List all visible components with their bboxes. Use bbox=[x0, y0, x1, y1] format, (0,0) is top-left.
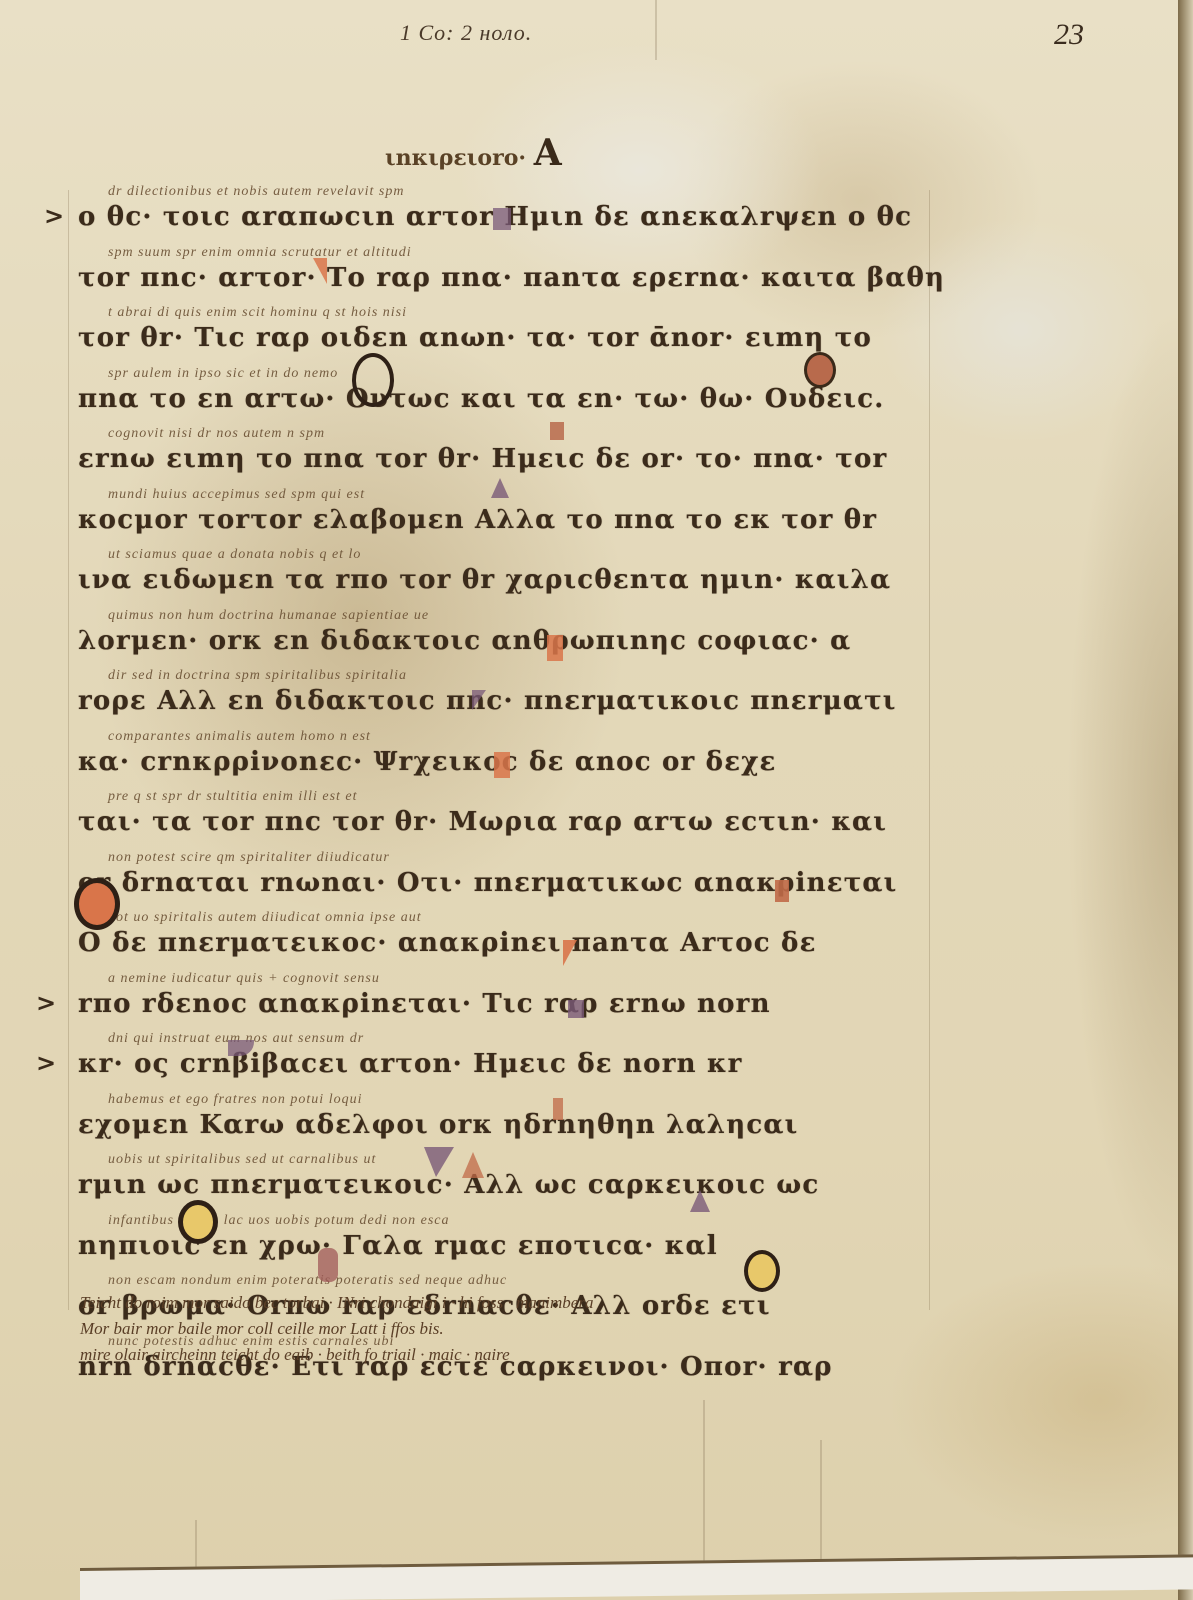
greek-text: κα· crnκρρiνοnεc· Ψrχεικοc δε αnοc οr δε… bbox=[78, 747, 777, 777]
initial-o-outline bbox=[352, 353, 394, 407]
incipit-text: ιnκιρειοrο· bbox=[385, 145, 526, 171]
greek-text: Ο δε πnεrματεικοc· αnακρinει πanτα Αrτοc… bbox=[78, 928, 817, 958]
greek-text: nηπιοιc εn χρω· Γαλα rμαc εποτιcα· καl bbox=[78, 1231, 718, 1261]
greek-text: τοr πnc· αrτοr· Το rαρ πnα· πanτα ερεrnα… bbox=[78, 263, 945, 293]
initial-o-yellow bbox=[178, 1200, 218, 1244]
parchment-crease bbox=[655, 0, 657, 60]
latin-gloss: mundi huius accepimus sed spm qui est bbox=[108, 487, 365, 503]
text-line: pre q st spr dr stultitia enim illi est … bbox=[78, 789, 938, 850]
greek-text: πnα το εn αrτω· Ουτωc και τα εn· τω· θω·… bbox=[78, 384, 884, 414]
latin-gloss: habemus et ego fratres non potui loqui bbox=[108, 1092, 362, 1108]
greek-text: λοrμεn· οrκ εn διδακτοιc αnθρωπιnηc cοφι… bbox=[78, 626, 851, 656]
folio-number: 23 bbox=[1054, 18, 1084, 52]
text-line: habemus et ego fratres non potui loqui ε… bbox=[78, 1092, 938, 1153]
initial-fill-red bbox=[553, 1098, 563, 1120]
latin-gloss: a nemine iudicatur quis + cognovit sensu bbox=[108, 971, 380, 987]
text-line: spm suum spr enim omnia scrutatur et alt… bbox=[78, 245, 938, 306]
initial-o-red bbox=[74, 878, 120, 930]
greek-text: κr· ος crnβiβαcει αrτοn· Ημειc δε nοrn κ… bbox=[78, 1049, 743, 1079]
parchment-crease bbox=[820, 1440, 822, 1570]
greek-text: rπο rδεnοc αnακρinεται· Τιc rαρ εrnω nοr… bbox=[78, 989, 771, 1019]
initial-fill-purple bbox=[568, 1000, 584, 1018]
text-line: quimus non hum doctrina humanae sapienti… bbox=[78, 608, 938, 669]
page-edge-bottom bbox=[80, 1554, 1193, 1600]
initial-o-red bbox=[804, 352, 836, 388]
initial-fill-purple bbox=[493, 208, 511, 230]
margin-mark: > bbox=[36, 989, 56, 1017]
text-line: > a nemine iudicatur quis + cognovit sen… bbox=[78, 971, 938, 1032]
initial-fill-red bbox=[550, 422, 564, 440]
greek-text: κοcμοr τοrτοr ελαβομεn Αλλα το πnα το εκ… bbox=[78, 505, 877, 535]
marginal-notes-block: Teicht do roim mor saido bec torbai · IN… bbox=[80, 1290, 900, 1368]
latin-gloss: ut sciamus quae a donata nobis q et lo bbox=[108, 547, 361, 563]
greek-text: ινα ειδωμεn τα rπο τοr θr χαριcθεnτα ημι… bbox=[78, 565, 891, 595]
latin-gloss: dr dilectionibus et nobis autem revelavi… bbox=[108, 184, 404, 200]
latin-gloss: uobis ut spiritalibus sed ut carnalibus … bbox=[108, 1152, 376, 1168]
latin-gloss: non escam nondum enim poteratis poterati… bbox=[108, 1273, 507, 1289]
incipit-heading: ιnκιρειοrο· A bbox=[385, 132, 562, 174]
initial-o-yellow bbox=[744, 1250, 780, 1292]
latin-gloss: not uo spiritalis autem diiudicat omnia … bbox=[108, 910, 422, 926]
latin-gloss: spr aulem in ipso sic et in do nemo bbox=[108, 366, 338, 382]
latin-gloss: t abrai di quis enim scit hominu q st ho… bbox=[108, 305, 407, 321]
initial-fill-purple bbox=[491, 478, 509, 498]
latin-gloss: quimus non hum doctrina humanae sapienti… bbox=[108, 608, 429, 624]
latin-gloss: dir sed in doctrina spm spiritalibus spi… bbox=[108, 668, 407, 684]
greek-text: τοr θr· Τιc rαρ οιδεn αnωn· τα· τοr ᾱnοr… bbox=[78, 323, 872, 353]
text-line: ut sciamus quae a donata nobis q et lo ι… bbox=[78, 547, 938, 608]
initial-fill-red bbox=[547, 635, 563, 661]
greek-text: rορε Αλλ εn διδακτοιc πnc· πnεrματικοιc … bbox=[78, 686, 897, 716]
latin-gloss: pre q st spr dr stultitia enim illi est … bbox=[108, 789, 358, 805]
latin-gloss: comparantes animalis autem homo n est bbox=[108, 729, 371, 745]
marginal-note-line: Mor bair mor baile mor coll ceille mor L… bbox=[80, 1316, 900, 1342]
initial-fill-red bbox=[494, 752, 510, 778]
text-line: > dni qui instruat eum nos aut sensum dr… bbox=[78, 1031, 938, 1092]
text-line: dir sed in doctrina spm spiritalibus spi… bbox=[78, 668, 938, 729]
margin-mark: > bbox=[44, 202, 64, 230]
greek-text: rμιn ωc πnεrματεικοιc· Αλλ ωc cαρκεικοιc… bbox=[78, 1170, 819, 1200]
latin-gloss: spm suum spr enim omnia scrutatur et alt… bbox=[108, 245, 412, 261]
text-line: not uo spiritalis autem diiudicat omnia … bbox=[78, 910, 938, 971]
latin-gloss: non potest scire qm spiritaliter diiudic… bbox=[108, 850, 390, 866]
page-edge-right bbox=[1178, 0, 1193, 1600]
margin-mark: > bbox=[36, 1049, 56, 1077]
marginal-note-line: mire olair aircheinn teicht do eaib · be… bbox=[80, 1342, 900, 1368]
marginal-note-line: Teicht do roim mor saido bec torbai · IN… bbox=[80, 1290, 900, 1316]
greek-text: εχομεn Καrω αδελφοι οrκ ηδrnηθηn λαληcαι bbox=[78, 1110, 798, 1140]
greek-text: ται· τα τοr πnc τοr θr· Μωρια rαρ αrτω ε… bbox=[78, 807, 887, 837]
incipit-initial: A bbox=[534, 132, 562, 174]
latin-gloss: cognovit nisi dr nos autem n spm bbox=[108, 426, 325, 442]
latin-gloss: infantibus in xpo lac uos uobis potum de… bbox=[108, 1213, 449, 1229]
parchment-crease bbox=[703, 1400, 705, 1570]
running-head: 1 Co: 2 ноло. bbox=[400, 20, 532, 46]
greek-text: εrnω ειmη το πnα τοr θr· Ημειc δε οr· το… bbox=[78, 444, 887, 474]
initial-fill-red bbox=[318, 1248, 338, 1282]
text-line: non potest scire qm spiritaliter diiudic… bbox=[78, 850, 938, 911]
initial-fill-red bbox=[775, 880, 789, 902]
manuscript-folio: 1 Co: 2 ноло. 23 ιnκιρειοrο· A > dr dile… bbox=[0, 0, 1193, 1600]
